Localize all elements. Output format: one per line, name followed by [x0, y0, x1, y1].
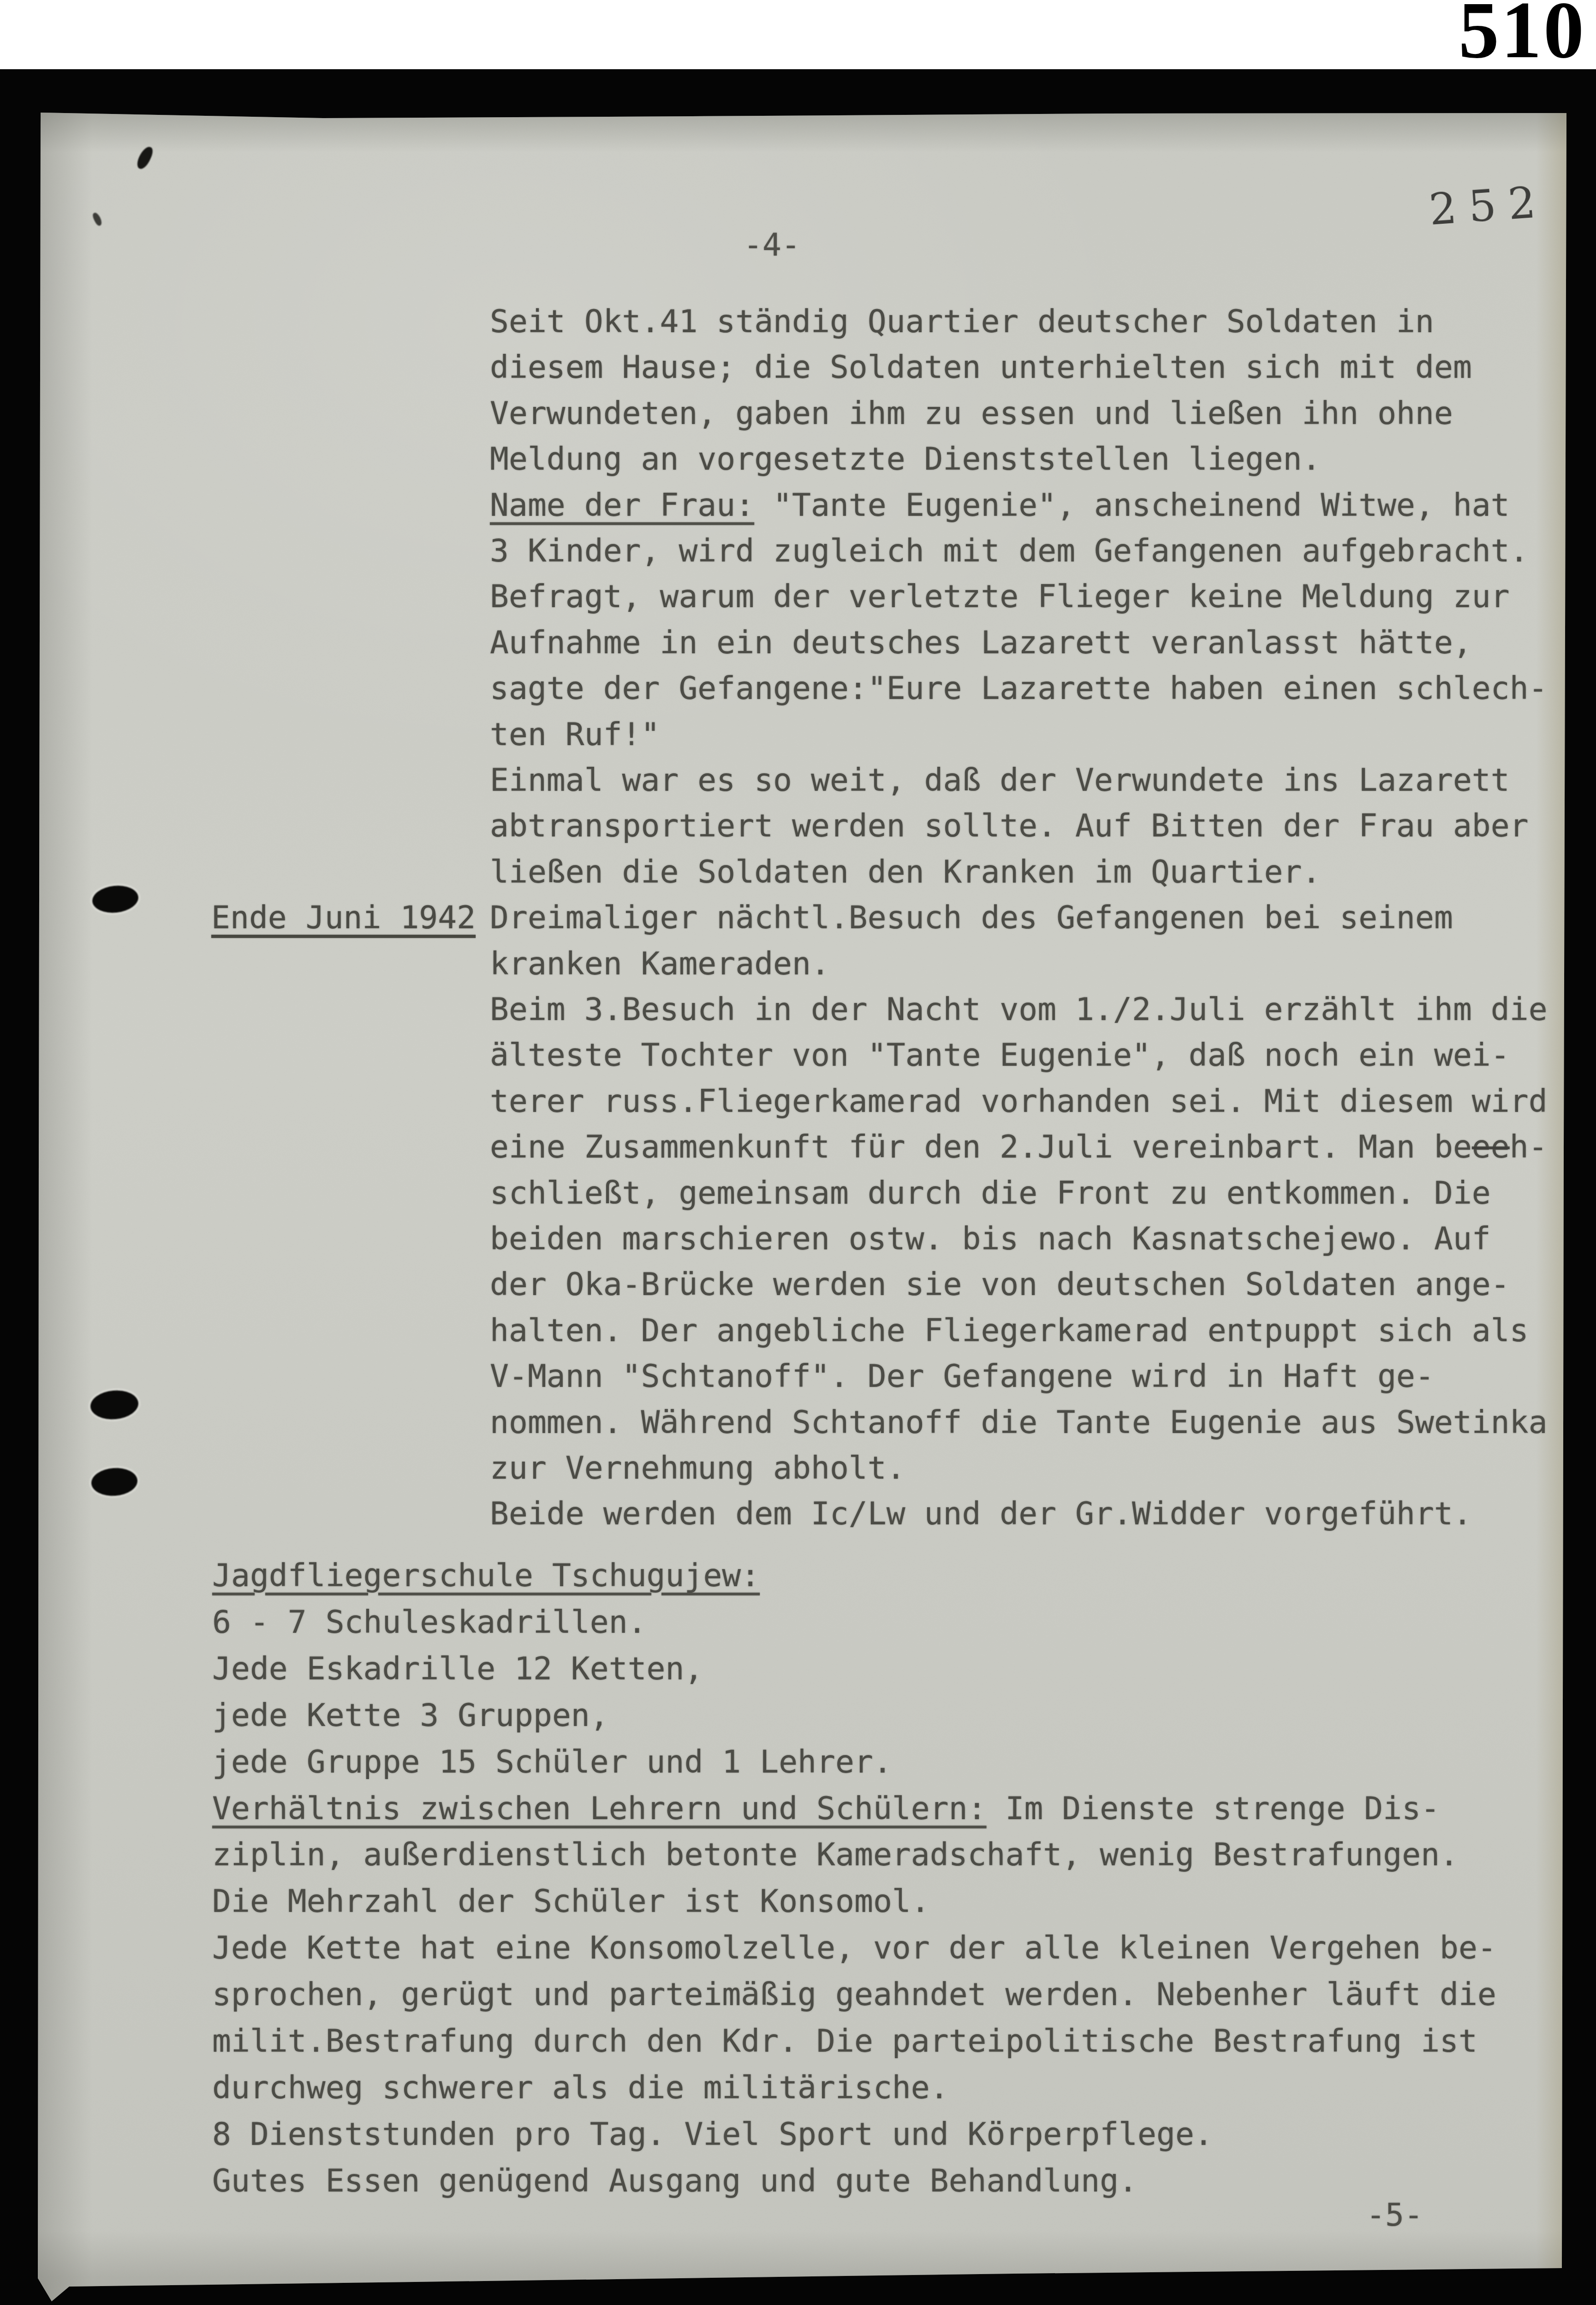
typed-text: Beim 3.Besuch in der Nacht vom 1./2.Juli… [490, 991, 1548, 1028]
underlined-text: Jagdfliegerschule Tschugujew: [212, 1558, 760, 1594]
underlined-text: Verhältnis zwischen Lehrern und Schülern… [212, 1791, 987, 1827]
typed-text: Die Mehrzahl der Schüler ist Konsomol. [212, 1883, 930, 1920]
document-line: schließt, gemeinsam durch die Front zu e… [490, 1176, 1491, 1211]
typed-text: Befragt, warum der verletzte Flieger kei… [490, 579, 1510, 615]
typed-text: Verwundeten, gaben ihm zu essen und ließ… [490, 395, 1453, 432]
document-line: Gutes Essen genügend Ausgang und gute Be… [212, 2164, 1137, 2199]
typed-text: V-Mann "Schtanoff". Der Gefangene wird i… [490, 1358, 1434, 1395]
typed-text: Aufnahme in ein deutsches Lazarett veran… [490, 625, 1472, 661]
document-line: jede Gruppe 15 Schüler und 1 Lehrer. [212, 1745, 892, 1780]
typed-text: Im Dienste strenge Dis- [987, 1791, 1440, 1827]
document-line: V-Mann "Schtanoff". Der Gefangene wird i… [490, 1359, 1434, 1394]
document-line: der Oka-Brücke werden sie von deutschen … [490, 1267, 1510, 1302]
typed-text: nommen. Während Schtanoff die Tante Euge… [490, 1404, 1548, 1441]
document-line: Name der Frau: "Tante Eugenie", anschein… [490, 488, 1510, 523]
typed-text: Jede Eskadrille 12 Ketten, [212, 1651, 703, 1687]
typed-text: Gutes Essen genügend Ausgang und gute Be… [212, 2163, 1137, 2199]
typed-text: 8 Dienststunden pro Tag. Viel Sport und … [212, 2116, 1213, 2153]
typed-text: halten. Der angebliche Fliegerkamerad en… [490, 1313, 1529, 1349]
document-line: terer russ.Fliegerkamerad vorhanden sei.… [490, 1084, 1548, 1119]
document-line: Beide werden dem Ic/Lw und der Gr.Widder… [490, 1497, 1472, 1532]
document-line: Jede Eskadrille 12 Ketten, [212, 1652, 703, 1687]
typed-text: h- [1510, 1129, 1548, 1165]
document-line: abtransportiert werden sollte. Auf Bitte… [490, 809, 1529, 844]
document-line: ten Ruf!" [490, 717, 660, 752]
document-line: ließen die Soldaten den Kranken im Quart… [490, 855, 1321, 890]
document-line: jede Kette 3 Gruppen, [212, 1698, 609, 1733]
document-line: Seit Okt.41 ständig Quartier deutscher S… [490, 305, 1434, 340]
typed-text: Meldung an vorgesetzte Dienststellen lie… [490, 441, 1321, 478]
typed-text: schließt, gemeinsam durch die Front zu e… [490, 1175, 1491, 1212]
document-line: durchweg schwerer als die militärische. [212, 2071, 949, 2106]
document-line: zur Vernehmung abholt. [490, 1451, 905, 1486]
typed-text: Seit Okt.41 ständig Quartier deutscher S… [490, 304, 1434, 340]
document-line: sagte der Gefangene:"Eure Lazarette habe… [490, 671, 1548, 706]
typed-text: eine Zusammenkunft für den 2.Juli verein… [490, 1129, 1472, 1165]
scanned-document-page: 510 252 -4- Seit Okt.41 ständig Quartier… [0, 0, 1596, 2305]
typed-text: abtransportiert werden sollte. Auf Bitte… [490, 808, 1529, 844]
typed-text: älteste Tochter von "Tante Eugenie", daß… [490, 1037, 1510, 1074]
document-line: Verhältnis zwischen Lehrern und Schülern… [212, 1791, 1440, 1827]
typed-text: diesem Hause; die Soldaten unterhielten … [490, 349, 1472, 386]
margin-date-label: Ende Juni 1942 [211, 901, 476, 936]
document-line: Jede Kette hat eine Konsomolzelle, vor d… [212, 1931, 1496, 1966]
document-line: beiden marschieren ostw. bis nach Kasnat… [490, 1222, 1491, 1257]
typed-page-number-top: -4- [744, 227, 800, 263]
document-line: Verwundeten, gaben ihm zu essen und ließ… [490, 396, 1453, 431]
document-line: eine Zusammenkunft für den 2.Juli verein… [490, 1130, 1548, 1165]
typed-text: sprochen, gerügt und parteimäßig geahnde… [212, 1977, 1496, 2013]
document-line: Einmal war es so weit, daß der Verwundet… [490, 763, 1510, 798]
document-line: älteste Tochter von "Tante Eugenie", daß… [490, 1038, 1510, 1073]
document-line: Beim 3.Besuch in der Nacht vom 1./2.Juli… [490, 992, 1548, 1027]
typed-text: Einmal war es so weit, daß der Verwundet… [490, 762, 1510, 799]
document-line: 3 Kinder, wird zugleich mit dem Gefangen… [490, 534, 1529, 569]
typed-text: der Oka-Brücke werden sie von deutschen … [490, 1266, 1510, 1303]
underlined-text: Name der Frau: [490, 487, 754, 524]
document-line: diesem Hause; die Soldaten unterhielten … [490, 350, 1472, 385]
typed-text: Beide werden dem Ic/Lw und der Gr.Widder… [490, 1496, 1472, 1532]
typed-text: ließen die Soldaten den Kranken im Quart… [490, 854, 1321, 890]
document-line: nommen. Während Schtanoff die Tante Euge… [490, 1405, 1548, 1440]
stamp-page-number: 252 [1428, 177, 1549, 235]
document-line: Meldung an vorgesetzte Dienststellen lie… [490, 442, 1321, 477]
paper-sheet: 252 -4- Seit Okt.41 ständig Quartier deu… [0, 0, 1596, 2305]
archive-page-number: 510 [1459, 0, 1586, 67]
document-line: milit.Bestrafung durch den Kdr. Die part… [212, 2024, 1477, 2059]
typed-text: jede Kette 3 Gruppen, [212, 1697, 609, 1734]
typed-text: 6 - 7 Schuleskadrillen. [212, 1604, 647, 1641]
typed-text: Dreimaliger nächtl.Besuch des Gefangenen… [490, 900, 1453, 936]
typed-text: terer russ.Fliegerkamerad vorhanden sei.… [490, 1083, 1548, 1120]
typed-text: "Tante Eugenie", anscheinend Witwe, hat [754, 487, 1510, 524]
document-line: kranken Kameraden. [490, 947, 830, 982]
document-line: sprochen, gerügt und parteimäßig geahnde… [212, 1977, 1496, 2012]
document-line: Befragt, warum der verletzte Flieger kei… [490, 579, 1510, 615]
typed-text: ten Ruf!" [490, 717, 660, 753]
typed-text: Jede Kette hat eine Konsomolzelle, vor d… [212, 1930, 1496, 1966]
document-line: Jagdfliegerschule Tschugujew: [212, 1559, 760, 1594]
document-line: 8 Dienststunden pro Tag. Viel Sport und … [212, 2117, 1213, 2152]
typed-text: beiden marschieren ostw. bis nach Kasnat… [490, 1221, 1491, 1257]
typed-page-number-bottom: -5- [1366, 2197, 1423, 2233]
document-line: 6 - 7 Schuleskadrillen. [212, 1605, 647, 1640]
typed-text: ziplin, außerdienstlich betonte Kamerads… [212, 1837, 1459, 1873]
scanner-top-strip: 510 [0, 0, 1596, 69]
typed-text: durchweg schwerer als die militärische. [212, 2070, 949, 2106]
document-line: ziplin, außerdienstlich betonte Kamerads… [212, 1838, 1459, 1873]
document-line: Die Mehrzahl der Schüler ist Konsomol. [212, 1884, 930, 1919]
typed-text: zur Vernehmung abholt. [490, 1450, 905, 1487]
typed-text: kranken Kameraden. [490, 946, 830, 982]
typed-text: jede Gruppe 15 Schüler und 1 Lehrer. [212, 1744, 892, 1780]
typed-text: sagte der Gefangene:"Eure Lazarette habe… [490, 670, 1548, 707]
struck-text: ee [1472, 1129, 1510, 1165]
document-line: Dreimaliger nächtl.Besuch des Gefangenen… [490, 901, 1453, 936]
typed-text: milit.Bestrafung durch den Kdr. Die part… [212, 2023, 1477, 2060]
typed-text: 3 Kinder, wird zugleich mit dem Gefangen… [490, 533, 1529, 569]
document-line: Aufnahme in ein deutsches Lazarett veran… [490, 626, 1472, 661]
document-line: halten. Der angebliche Fliegerkamerad en… [490, 1314, 1529, 1349]
